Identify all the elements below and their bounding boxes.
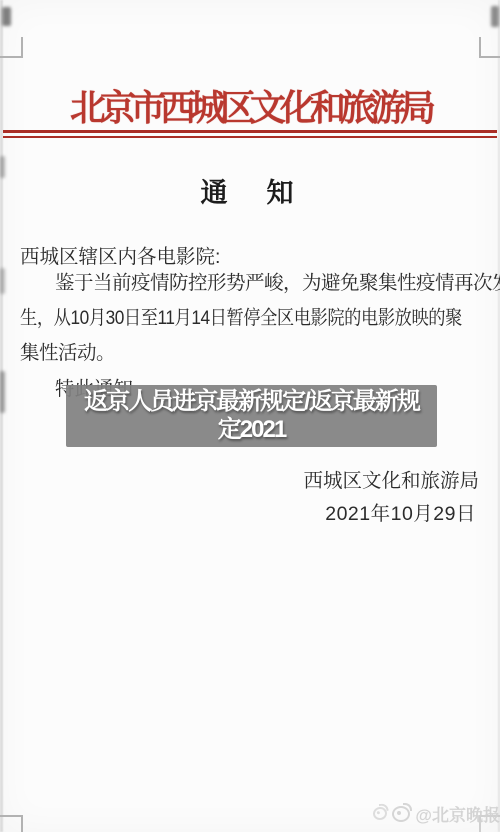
headline-line: 返京人员进京最新规定/返京最新规 [84,388,419,416]
page-corner-mark-top-right [479,37,500,58]
issuing-agency-signature: 西城区文化和旅游局 [303,465,479,493]
weibo-icon [392,806,410,822]
headline-line: 定2021 [218,416,285,444]
page-corner-mark-bottom-left [0,815,23,832]
agency-title: 北京市西城区文化和旅游局 [0,80,500,131]
edge-smudge [0,371,5,413]
edge-smudge [0,268,5,294]
notice-title: 通 知 [0,171,500,210]
page-corner-mark-top-left [0,37,23,58]
watermark-handle: @北京晚报 [415,801,500,826]
edge-smudge [491,6,499,27]
headline-overlay-banner: 返京人员进京最新规定/返京最新规 定2021 [66,385,437,447]
edge-smudge [2,7,11,26]
salutation: 西城区辖区内各电影院: [20,241,220,269]
weibo-icon [373,806,389,821]
issue-date: 2021年10月29日 [325,498,476,526]
letterhead-divider-rule [3,130,497,138]
notice-body: 鉴于当前疫情防控形势严峻，为避免聚集性疫情再次发 生，从10月30日至11月14… [20,266,490,371]
notice-document-page: 北京市西城区文化和旅游局 通 知 西城区辖区内各电影院: 鉴于当前疫情防控形势严… [0,0,500,832]
watermark: @北京晚报 [373,801,500,826]
body-line: 生，从10月30日至11月14日暂停全区电影院的电影放映的聚 [20,301,436,336]
body-line: 鉴于当前疫情防控形势严峻，为避免聚集性疫情再次发 [20,266,490,301]
body-line: 集性活动。 [20,336,490,371]
